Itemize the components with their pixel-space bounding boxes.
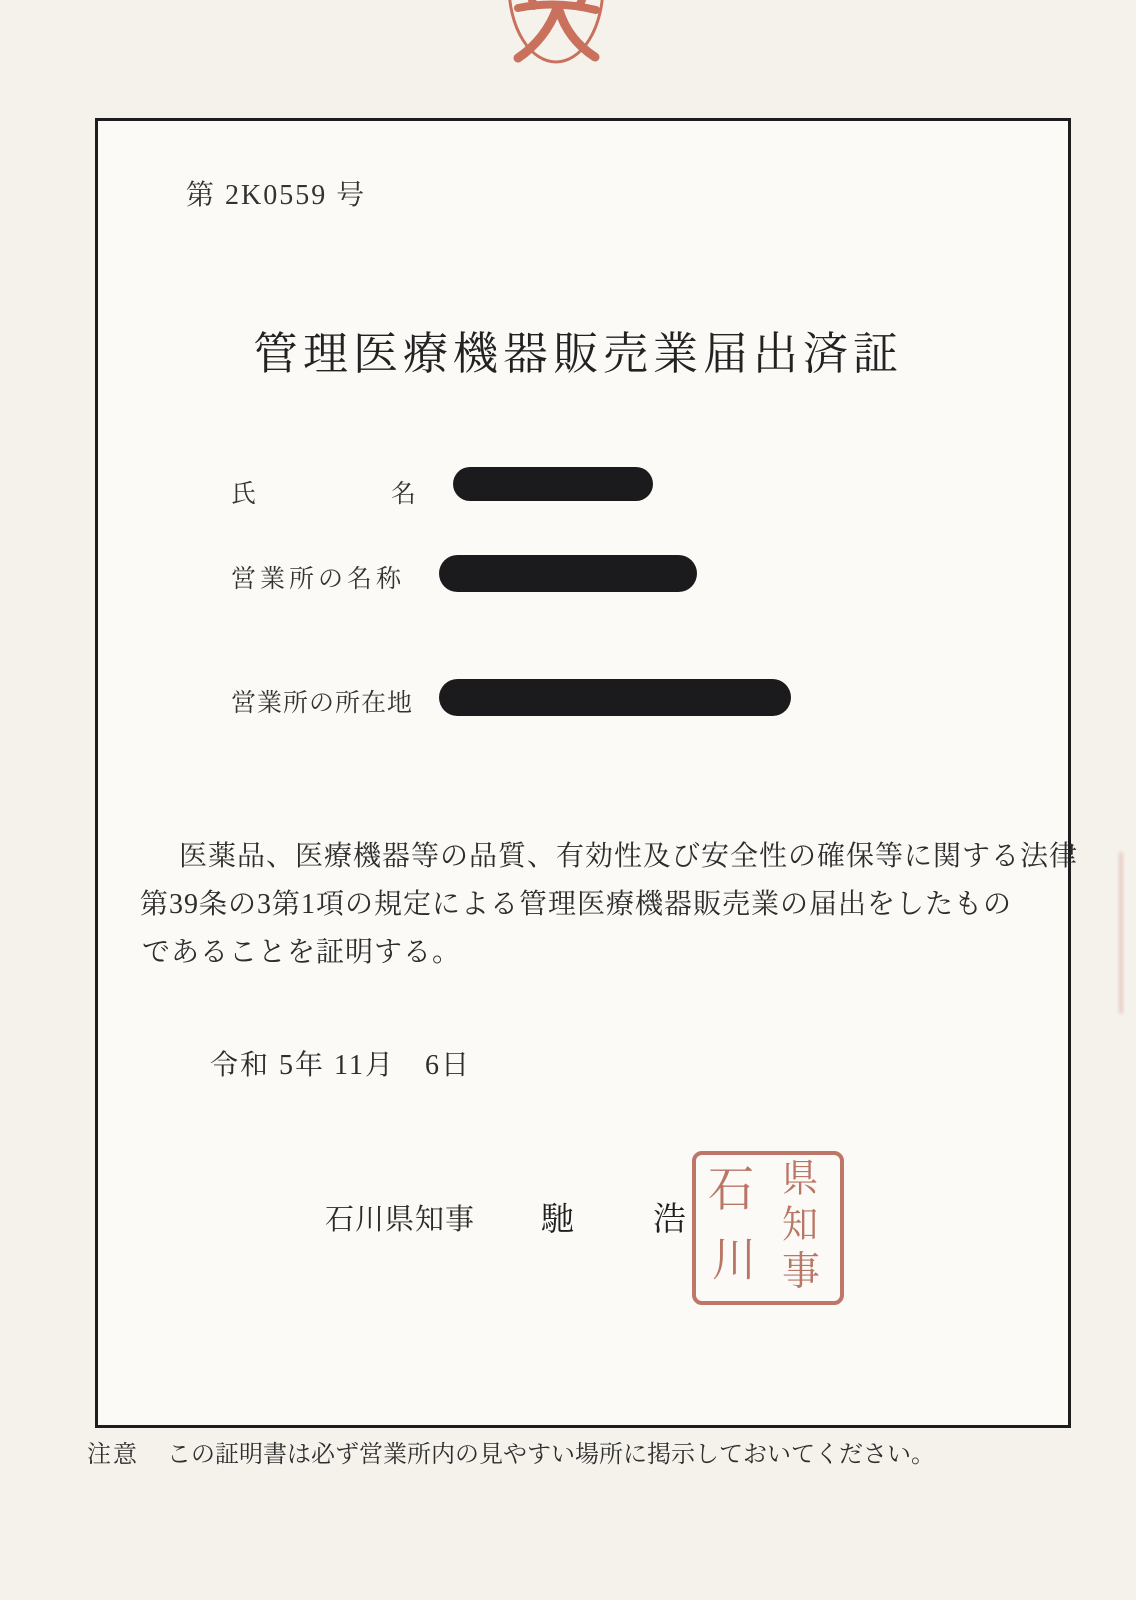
name-label-left: 氏 [231,474,256,510]
seal-char-chi: 知 [782,1206,818,1244]
statement-line-2: 第39条の3第1項の規定による管理医療機器販売業の届出をしたもの [140,882,1012,922]
office-address-label: 営業所の所在地 [231,683,413,719]
office-name-redaction-bar [439,555,697,592]
statement-line-1: 医薬品、医療機器等の品質、有効性及び安全性の確保等に関する法律 [179,834,1078,874]
field-row-name: 氏 名 [98,469,1068,509]
seal-char-kawa: 川 [712,1238,756,1284]
issuer-title: 石川県知事 [325,1197,475,1238]
certificate-number: 第 2K0559 号 [186,173,366,213]
issue-date: 令和 5年 11月 6日 [210,1043,471,1083]
reception-stamp-icon [498,0,618,70]
governor-seal-icon: 石 川 県 知 事 [692,1151,844,1305]
footer-notice-label: 注意 [87,1442,139,1468]
name-label-right: 名 [391,474,416,510]
issuer-row: 石川県知事 馳 浩 [98,1193,1068,1253]
office-name-label: 営業所の名称 [231,559,405,595]
seal-char-ken: 県 [782,1160,818,1198]
name-redaction-bar [453,467,653,501]
issuer-family-name: 馳 [541,1193,574,1240]
scan-edge-ink-smudge [1119,852,1123,1014]
field-row-office-address: 営業所の所在地 [98,679,1068,719]
footer-notice: 注意 この証明書は必ず営業所内の見やすい場所に掲示しておいてください。 [87,1434,935,1469]
certificate-title: 管理医療機器販売業届出済証 [253,317,903,382]
field-row-office-name: 営業所の名称 [98,555,1068,595]
certificate-page: 第 2K0559 号 管理医療機器販売業届出済証 氏 名 営業所の名称 営業所の… [0,0,1136,1600]
seal-char-ishi: 石 [708,1166,754,1214]
footer-notice-text: この証明書は必ず営業所内の見やすい場所に掲示しておいてください。 [167,1442,935,1468]
statement-line-3: であることを証明する。 [142,930,461,970]
issuer-given-name: 浩 [653,1193,686,1240]
seal-char-ji: 事 [782,1252,820,1292]
certificate-frame: 第 2K0559 号 管理医療機器販売業届出済証 氏 名 営業所の名称 営業所の… [95,118,1071,1428]
office-address-redaction-bar [439,679,791,716]
